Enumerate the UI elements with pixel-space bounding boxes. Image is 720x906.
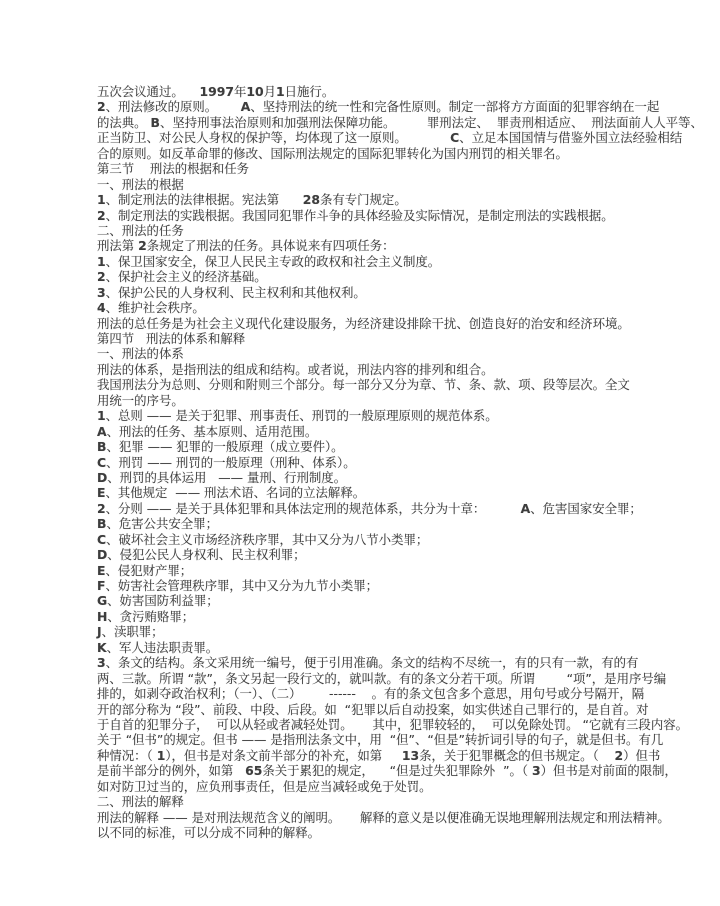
text-line: 于自首的犯罪分子， 可以从轻或者减轻处罚。 其中，犯罪较轻的， 可以免除处罚。 … — [97, 717, 657, 732]
text-line: 3、保护公民的人身权利、民主权利和其他权利。 — [97, 285, 657, 300]
text-line: F、妨害社会管理秩序罪，其中又分为九节小类罪； — [97, 578, 657, 593]
text-line: C、破坏社会主义市场经济秩序罪，其中又分为八节小类罪； — [97, 532, 657, 547]
text-line: 正当防卫、对公民人身权的保护等，均体现了这一原则。 C、立足本国国情与借鉴外国立… — [97, 130, 657, 145]
text-line: 2、刑法修改的原则。 A、坚持刑法的统一性和完备性原则。制定一部将方方面面的犯罪… — [97, 99, 657, 114]
text-line: 我国刑法分为总则、分则和附则三个部分。每一部分又分为章、节、条、款、项、段等层次… — [97, 377, 657, 392]
text-line: 关于 “但书”的规定。但书 —— 是指刑法条文中，用 “但”、“但是”转折词引导… — [97, 732, 657, 747]
text-line: 3、条文的结构。条文采用统一编号，便于引用准确。条文的结构不尽统一，有的只有一款… — [97, 655, 657, 670]
text-line: 二、刑法的任务 — [97, 223, 657, 238]
text-line: K、军人违法职责罪。 — [97, 640, 657, 655]
text-line: 1、保卫国家安全，保卫人民民主专政的政权和社会主义制度。 — [97, 254, 657, 269]
text-line: 以不同的标准，可以分成不同种的解释。 — [97, 825, 657, 840]
text-line: 一、刑法的根据 — [97, 177, 657, 192]
text-line: 2、保护社会主义的经济基础。 — [97, 269, 657, 284]
text-line: D、刑罚的具体运用 —— 量刑、行刑制度。 — [97, 470, 657, 485]
text-line: E、侵犯财产罪； — [97, 563, 657, 578]
document-screenshot: { "page": { "background_color": "#ffffff… — [0, 0, 720, 906]
text-line: E、其他规定 —— 刑法术语、名词的立法解释。 — [97, 485, 657, 500]
text-line: 1、制定刑法的法律根据。宪法第 28条有专门规定。 — [97, 192, 657, 207]
text-line: D、侵犯公民人身权利、民主权利罪； — [97, 547, 657, 562]
text-line: 种情况：（ 1），但书是对条文前半部分的补充，如第 13条，关于犯罪概念的但书规… — [97, 748, 657, 763]
text-line: B、危害公共安全罪； — [97, 516, 657, 531]
text-line: 2、制定刑法的实践根据。我国同犯罪作斗争的具体经验及实际情况，是制定刑法的实践根… — [97, 208, 657, 223]
text-line: 的法典。 B、坚持刑事法治原则和加强刑法保障功能。 罪刑法定、 罪责刑相适应、 … — [97, 115, 657, 130]
text-line: 是前半部分的例外，如第 65条关于累犯的规定， “但是过失犯罪除外 ”。（ 3）… — [97, 763, 657, 778]
text-line: 两、三款。所谓 “款”，条文另起一段行文的，就叫款。有的条文分若干项。所谓 “项… — [97, 671, 657, 686]
text-line: 1、总则 —— 是关于犯罪、刑事责任、刑罚的一般原理原则的规范体系。 — [97, 408, 657, 423]
text-line: 一、刑法的体系 — [97, 346, 657, 361]
text-line: 第三节 刑法的根据和任务 — [97, 161, 657, 176]
text-line: 如对防卫过当的，应负刑事责任，但是应当减轻或免于处罚。 — [97, 779, 657, 794]
text-line: 刑法第 2条规定了刑法的任务。具体说来有四项任务： — [97, 238, 657, 253]
text-line: 开的部分称为 “段”、前段、中段、后段。如 “犯罪以后自动投案，如实供述自己罪行… — [97, 702, 657, 717]
text-line: 刑法的总任务是为社会主义现代化建设服务，为经济建设排除干扰、创造良好的治安和经济… — [97, 316, 657, 331]
text-line: 第四节 刑法的体系和解释 — [97, 331, 657, 346]
text-line: 二、刑法的解释 — [97, 794, 657, 809]
text-line: 2、分则 —— 是关于具体犯罪和具体法定刑的规范体系，共分为十章： A、危害国家… — [97, 501, 657, 516]
text-line: G、妨害国防利益罪； — [97, 593, 657, 608]
text-line: B、犯罪 —— 犯罪的一般原理（成立要件）。 — [97, 439, 657, 454]
text-line: C、刑罚 —— 刑罚的一般原理（刑种、体系）。 — [97, 455, 657, 470]
text-line: 排的，如剥夺政治权利；（一）、（二） ------ 。有的条文包含多个意思，用句… — [97, 686, 657, 701]
text-line: 合的原则。如反革命罪的修改、国际刑法规定的国际犯罪转化为国内刑罚的相关罪名。 — [97, 146, 657, 161]
document-page: 五次会议通过。 1997年10月1日施行。2、刑法修改的原则。 A、坚持刑法的统… — [0, 0, 720, 906]
text-line: 刑法的解释 —— 是对刑法规范含义的阐明。 解释的意义是以便准确无误地理解刑法规… — [97, 810, 657, 825]
document-text-block: 五次会议通过。 1997年10月1日施行。2、刑法修改的原则。 A、坚持刑法的统… — [97, 84, 657, 840]
text-line: 用统一的序号。 — [97, 393, 657, 408]
text-line: J、渎职罪； — [97, 624, 657, 639]
text-line: A、刑法的任务、基本原则、适用范围。 — [97, 424, 657, 439]
text-line: 刑法的体系，是指刑法的组成和结构。或者说，刑法内容的排列和组合。 — [97, 362, 657, 377]
text-line: 五次会议通过。 1997年10月1日施行。 — [97, 84, 657, 99]
text-line: 4、维护社会秩序。 — [97, 300, 657, 315]
text-line: H、贪污贿赂罪； — [97, 609, 657, 624]
